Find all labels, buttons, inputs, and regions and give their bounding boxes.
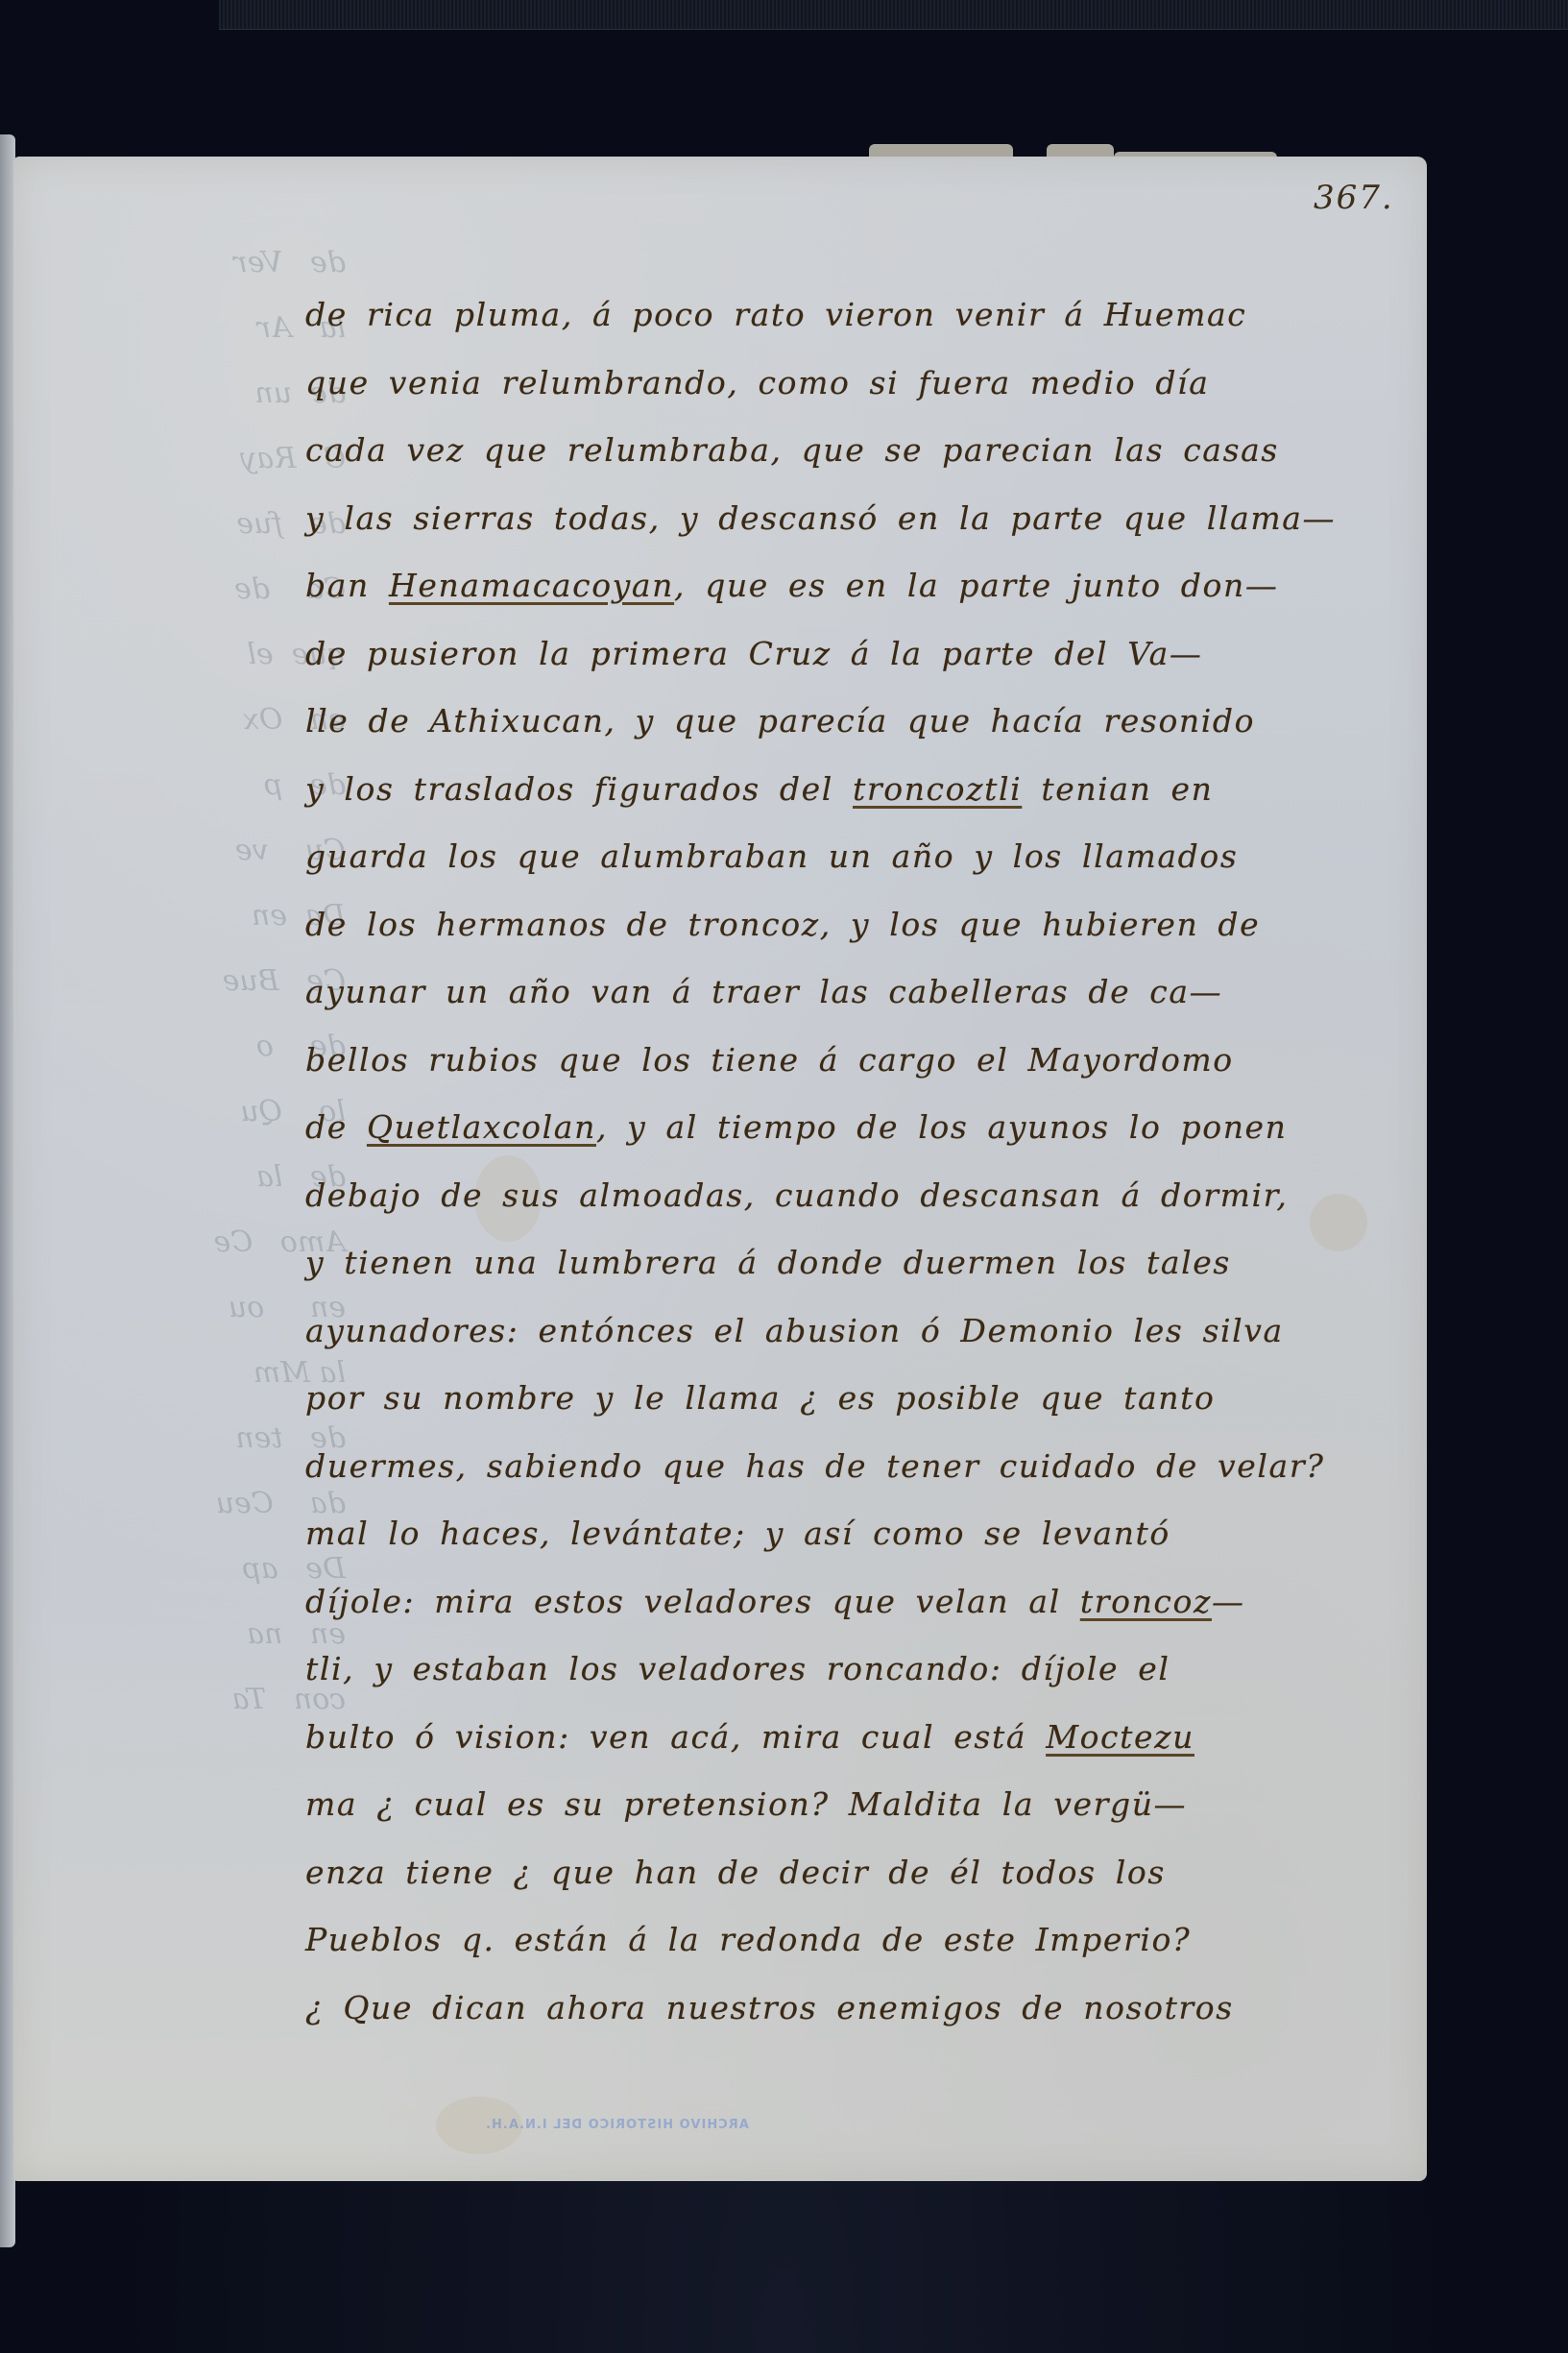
- line-text: de: [305, 1108, 367, 1146]
- manuscript-line: de rica pluma, á poco rato vieron venir …: [305, 290, 1424, 358]
- underlined-name: Moctezu: [1046, 1718, 1194, 1756]
- line-text: ban: [305, 567, 389, 604]
- manuscript-line: ayunadores: entónces el abusion ó Demoni…: [305, 1306, 1424, 1374]
- manuscript-line: y los traslados figurados del troncoztli…: [305, 764, 1424, 833]
- manuscript-line: bellos rubios que los tiene á cargo el M…: [305, 1035, 1424, 1104]
- manuscript-line: por su nombre y le llama ¿ es posible qu…: [305, 1373, 1424, 1442]
- manuscript-line: de Quetlaxcolan, y al tiempo de los ayun…: [305, 1103, 1424, 1171]
- underlined-name: troncoztli: [853, 770, 1022, 808]
- manuscript-line: de pusieron la primera Cruz á la parte d…: [305, 629, 1424, 697]
- line-text: bulto ó vision: ven acá, mira cual está: [305, 1718, 1046, 1756]
- manuscript-line: lle de Athixucan, y que parecía que hací…: [305, 696, 1424, 764]
- line-text: y los traslados figurados del: [305, 770, 853, 808]
- manuscript-line: de los hermanos de troncoz, y los que hu…: [305, 900, 1424, 968]
- manuscript-line: ban Henamacacoyan, que es en la parte ju…: [305, 561, 1424, 629]
- manuscript-line: cada vez que relumbraba, que se parecian…: [305, 425, 1424, 494]
- manuscript-line: ayunar un año van á traer las cabelleras…: [305, 967, 1424, 1035]
- line-text: —: [1212, 1583, 1245, 1620]
- manuscript-line: tli, y estaban los veladores roncando: d…: [305, 1644, 1424, 1712]
- manuscript-line: Pueblos q. están á la redonda de este Im…: [305, 1915, 1424, 1983]
- manuscript-line: guarda los que alumbraban un año y los l…: [305, 832, 1424, 900]
- manuscript-line: enza tiene ¿ que han de decir de él todo…: [305, 1848, 1424, 1916]
- manuscript-text-block: de rica pluma, á poco rato vieron venir …: [305, 290, 1424, 2050]
- line-text: tenian en: [1022, 770, 1213, 808]
- manuscript-line: ma ¿ cual es su pretension? Maldita la v…: [305, 1780, 1424, 1848]
- underlined-name: Henamacacoyan: [389, 567, 674, 604]
- manuscript-line: debajo de sus almoadas, cuando descansan…: [305, 1171, 1424, 1239]
- folio-number: 367.: [1314, 179, 1394, 217]
- line-text: , que es en la parte junto don—: [674, 567, 1278, 604]
- manuscript-line: duermes, sabiendo que has de tener cuida…: [305, 1442, 1424, 1510]
- archive-stamp: ARCHIVO HISTORICO DEL I.N.A.H.: [485, 2118, 749, 2132]
- line-text: , y al tiempo de los ayunos lo ponen: [596, 1108, 1288, 1146]
- reverse-side-bleed-through: de Ver la Ar de un C Ray de fue Ca de qu…: [58, 230, 346, 2055]
- manuscript-line: díjole: mira estos veladores que velan a…: [305, 1577, 1424, 1645]
- manuscript-line: mal lo haces, levántate; y así como se l…: [305, 1509, 1424, 1577]
- underlined-name: Quetlaxcolan: [367, 1108, 596, 1146]
- manuscript-line: y las sierras todas, y descansó en la pa…: [305, 494, 1424, 562]
- book-binding-strip: [219, 0, 1568, 30]
- line-text: díjole: mira estos veladores que velan a…: [305, 1583, 1080, 1620]
- underlined-name: troncoz: [1080, 1583, 1212, 1620]
- manuscript-line: ¿ Que dican ahora nuestros enemigos de n…: [305, 1983, 1424, 2051]
- manuscript-line: bulto ó vision: ven acá, mira cual está …: [305, 1712, 1424, 1781]
- manuscript-line: y tienen una lumbrera á donde duermen lo…: [305, 1238, 1424, 1306]
- manuscript-line: que venia relumbrando, como si fuera med…: [305, 358, 1424, 426]
